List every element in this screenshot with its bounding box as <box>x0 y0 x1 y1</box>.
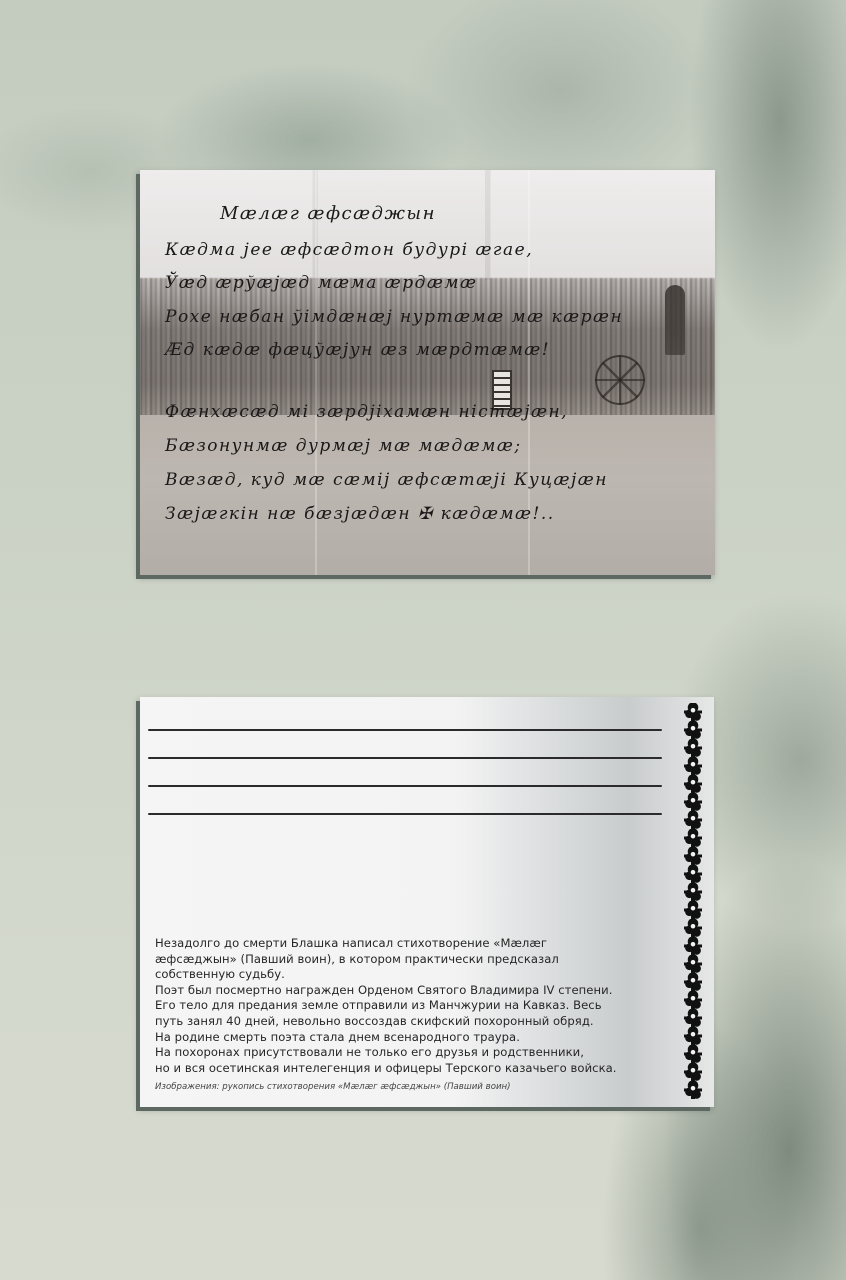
bio-line: Его тело для предания земле отправили из… <box>155 998 685 1014</box>
poem-line: Зæjæгкiн нæ бæзjæдæн ✠ кæдæмæ!.. <box>165 504 555 524</box>
poem-title: Мæлæг æфсæджын <box>220 203 436 224</box>
poem-line: Вæзæд, куд мæ сæмij æфсæтæji Куцæjæн <box>165 470 608 490</box>
handwritten-poem: Мæлæг æфсæджын Кæдма jee æфсæдтон будурi… <box>140 170 715 575</box>
postcard-front: Мæлæг æфсæджын Кæдма jee æфсæдтон будурi… <box>140 170 715 575</box>
write-line <box>148 757 662 759</box>
bio-line: На похоронах присутствовали не только ег… <box>155 1045 685 1061</box>
bio-line: Поэт был посмертно награжден Орденом Свя… <box>155 983 685 999</box>
bio-line: но и вся осетинская интелегенция и офице… <box>155 1061 685 1077</box>
poem-line: Фæнхæсæд мi зæрдjiхамæн нiстæjæн, <box>165 402 568 422</box>
bio-line: æфсæджын» (Павший воин), в котором практ… <box>155 952 685 968</box>
poem-line: Æд кæдæ фæцўæjун æз мæрдтæмæ! <box>165 340 550 360</box>
biography-text: Незадолго до смерти Блашка написал стихо… <box>155 936 685 1076</box>
write-line <box>148 813 662 815</box>
ornament-pattern <box>684 703 702 1099</box>
ornament-border-icon <box>684 703 702 1099</box>
poem-line: Кæдма jee æфсæдтон будурi æгае, <box>165 240 533 260</box>
write-line <box>148 785 662 787</box>
bio-line: путь занял 40 дней, невольно воссоздав с… <box>155 1014 685 1030</box>
poem-line: Роxe нæбан ўiмдæнæj нуртæмæ мæ кæрæн <box>165 307 623 327</box>
poem-line: Бæзонунмæ дурмæj мæ мæдæмæ; <box>165 436 522 456</box>
write-line <box>148 729 662 731</box>
bio-line: Незадолго до смерти Блашка написал стихо… <box>155 936 685 952</box>
postcard-back: Незадолго до смерти Блашка написал стихо… <box>140 697 714 1107</box>
image-caption: Изображения: рукопись стихотворения «Мæл… <box>155 1082 511 1092</box>
bio-line: собственную судьбу. <box>155 967 685 983</box>
poem-line: Ўæд æрўæjæд мæма æрдæмæ <box>165 273 477 293</box>
bio-line: На родине смерть поэта стала днем всенар… <box>155 1030 685 1046</box>
